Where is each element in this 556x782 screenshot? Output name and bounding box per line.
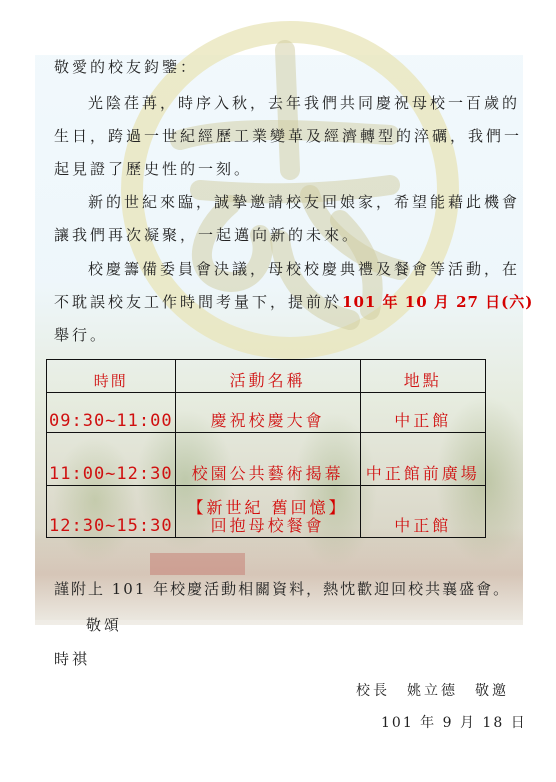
regards: 敬頌: [86, 616, 122, 634]
paragraph3-line3: 舉行。: [54, 326, 108, 344]
signature: 校長 姚立德 敬邀: [356, 682, 509, 700]
header-time: 時間: [47, 360, 176, 393]
cell-time: 11:00~12:30: [47, 433, 176, 486]
event-date: 101 年 10 月 27 日(六): [342, 293, 533, 311]
closing-line: 謹附上 101 年校慶活動相關資料，熱忱歡迎回校共襄盛會。: [54, 580, 510, 598]
sign-date: 101 年 9 月 18 日: [381, 714, 527, 732]
invitation-letter: 敬愛的校友鈞鑒： 光陰荏苒，時序入秋，去年我們共同慶祝母校一百歲的 生日，跨過一…: [0, 0, 556, 782]
paragraph1-line3: 起見證了歷史性的一刻。: [54, 160, 252, 178]
activity-subtitle: 【新世紀 舊回憶】: [178, 499, 358, 517]
paragraph2-line1: 新的世紀來臨，誠摯邀請校友回娘家，希望能藉此機會: [88, 193, 520, 211]
paragraph1-line1: 光陰荏苒，時序入秋，去年我們共同慶祝母校一百歲的: [88, 94, 520, 112]
cell-location: 中正館前廣場: [360, 433, 485, 486]
table-header-row: 時間 活動名稱 地點: [47, 360, 486, 393]
cell-activity: 【新世紀 舊回憶】 回抱母校餐會: [175, 486, 360, 538]
cell-location: 中正館: [360, 486, 485, 538]
paragraph3-line2-text: 不耽誤校友工作時間考量下，提前於: [54, 293, 342, 311]
cell-activity: 慶祝校慶大會: [175, 393, 360, 433]
wish: 時祺: [54, 650, 90, 668]
cell-location: 中正館: [360, 393, 485, 433]
paragraph2-line2: 讓我們再次凝聚，一起邁向新的未來。: [54, 226, 360, 244]
paragraph3-line1: 校慶籌備委員會決議，母校校慶典禮及餐會等活動，在: [88, 260, 520, 278]
cell-time: 12:30~15:30: [47, 486, 176, 538]
cell-time: 09:30~11:00: [47, 393, 176, 433]
table-row: 09:30~11:00 慶祝校慶大會 中正館: [47, 393, 486, 433]
table-row: 12:30~15:30 【新世紀 舊回憶】 回抱母校餐會 中正館: [47, 486, 486, 538]
header-location: 地點: [360, 360, 485, 393]
schedule-table: 時間 活動名稱 地點 09:30~11:00 慶祝校慶大會 中正館 11:00~…: [46, 359, 486, 538]
salutation: 敬愛的校友鈞鑒：: [54, 58, 198, 76]
header-activity: 活動名稱: [175, 360, 360, 393]
cell-activity: 校園公共藝術揭幕: [175, 433, 360, 486]
table-row: 11:00~12:30 校園公共藝術揭幕 中正館前廣場: [47, 433, 486, 486]
activity-title: 回抱母校餐會: [178, 517, 358, 535]
paragraph3-line2: 不耽誤校友工作時間考量下，提前於101 年 10 月 27 日(六): [54, 293, 533, 311]
paragraph1-line2: 生日，跨過一世紀經歷工業變革及經濟轉型的淬礪，我們一: [54, 127, 522, 145]
